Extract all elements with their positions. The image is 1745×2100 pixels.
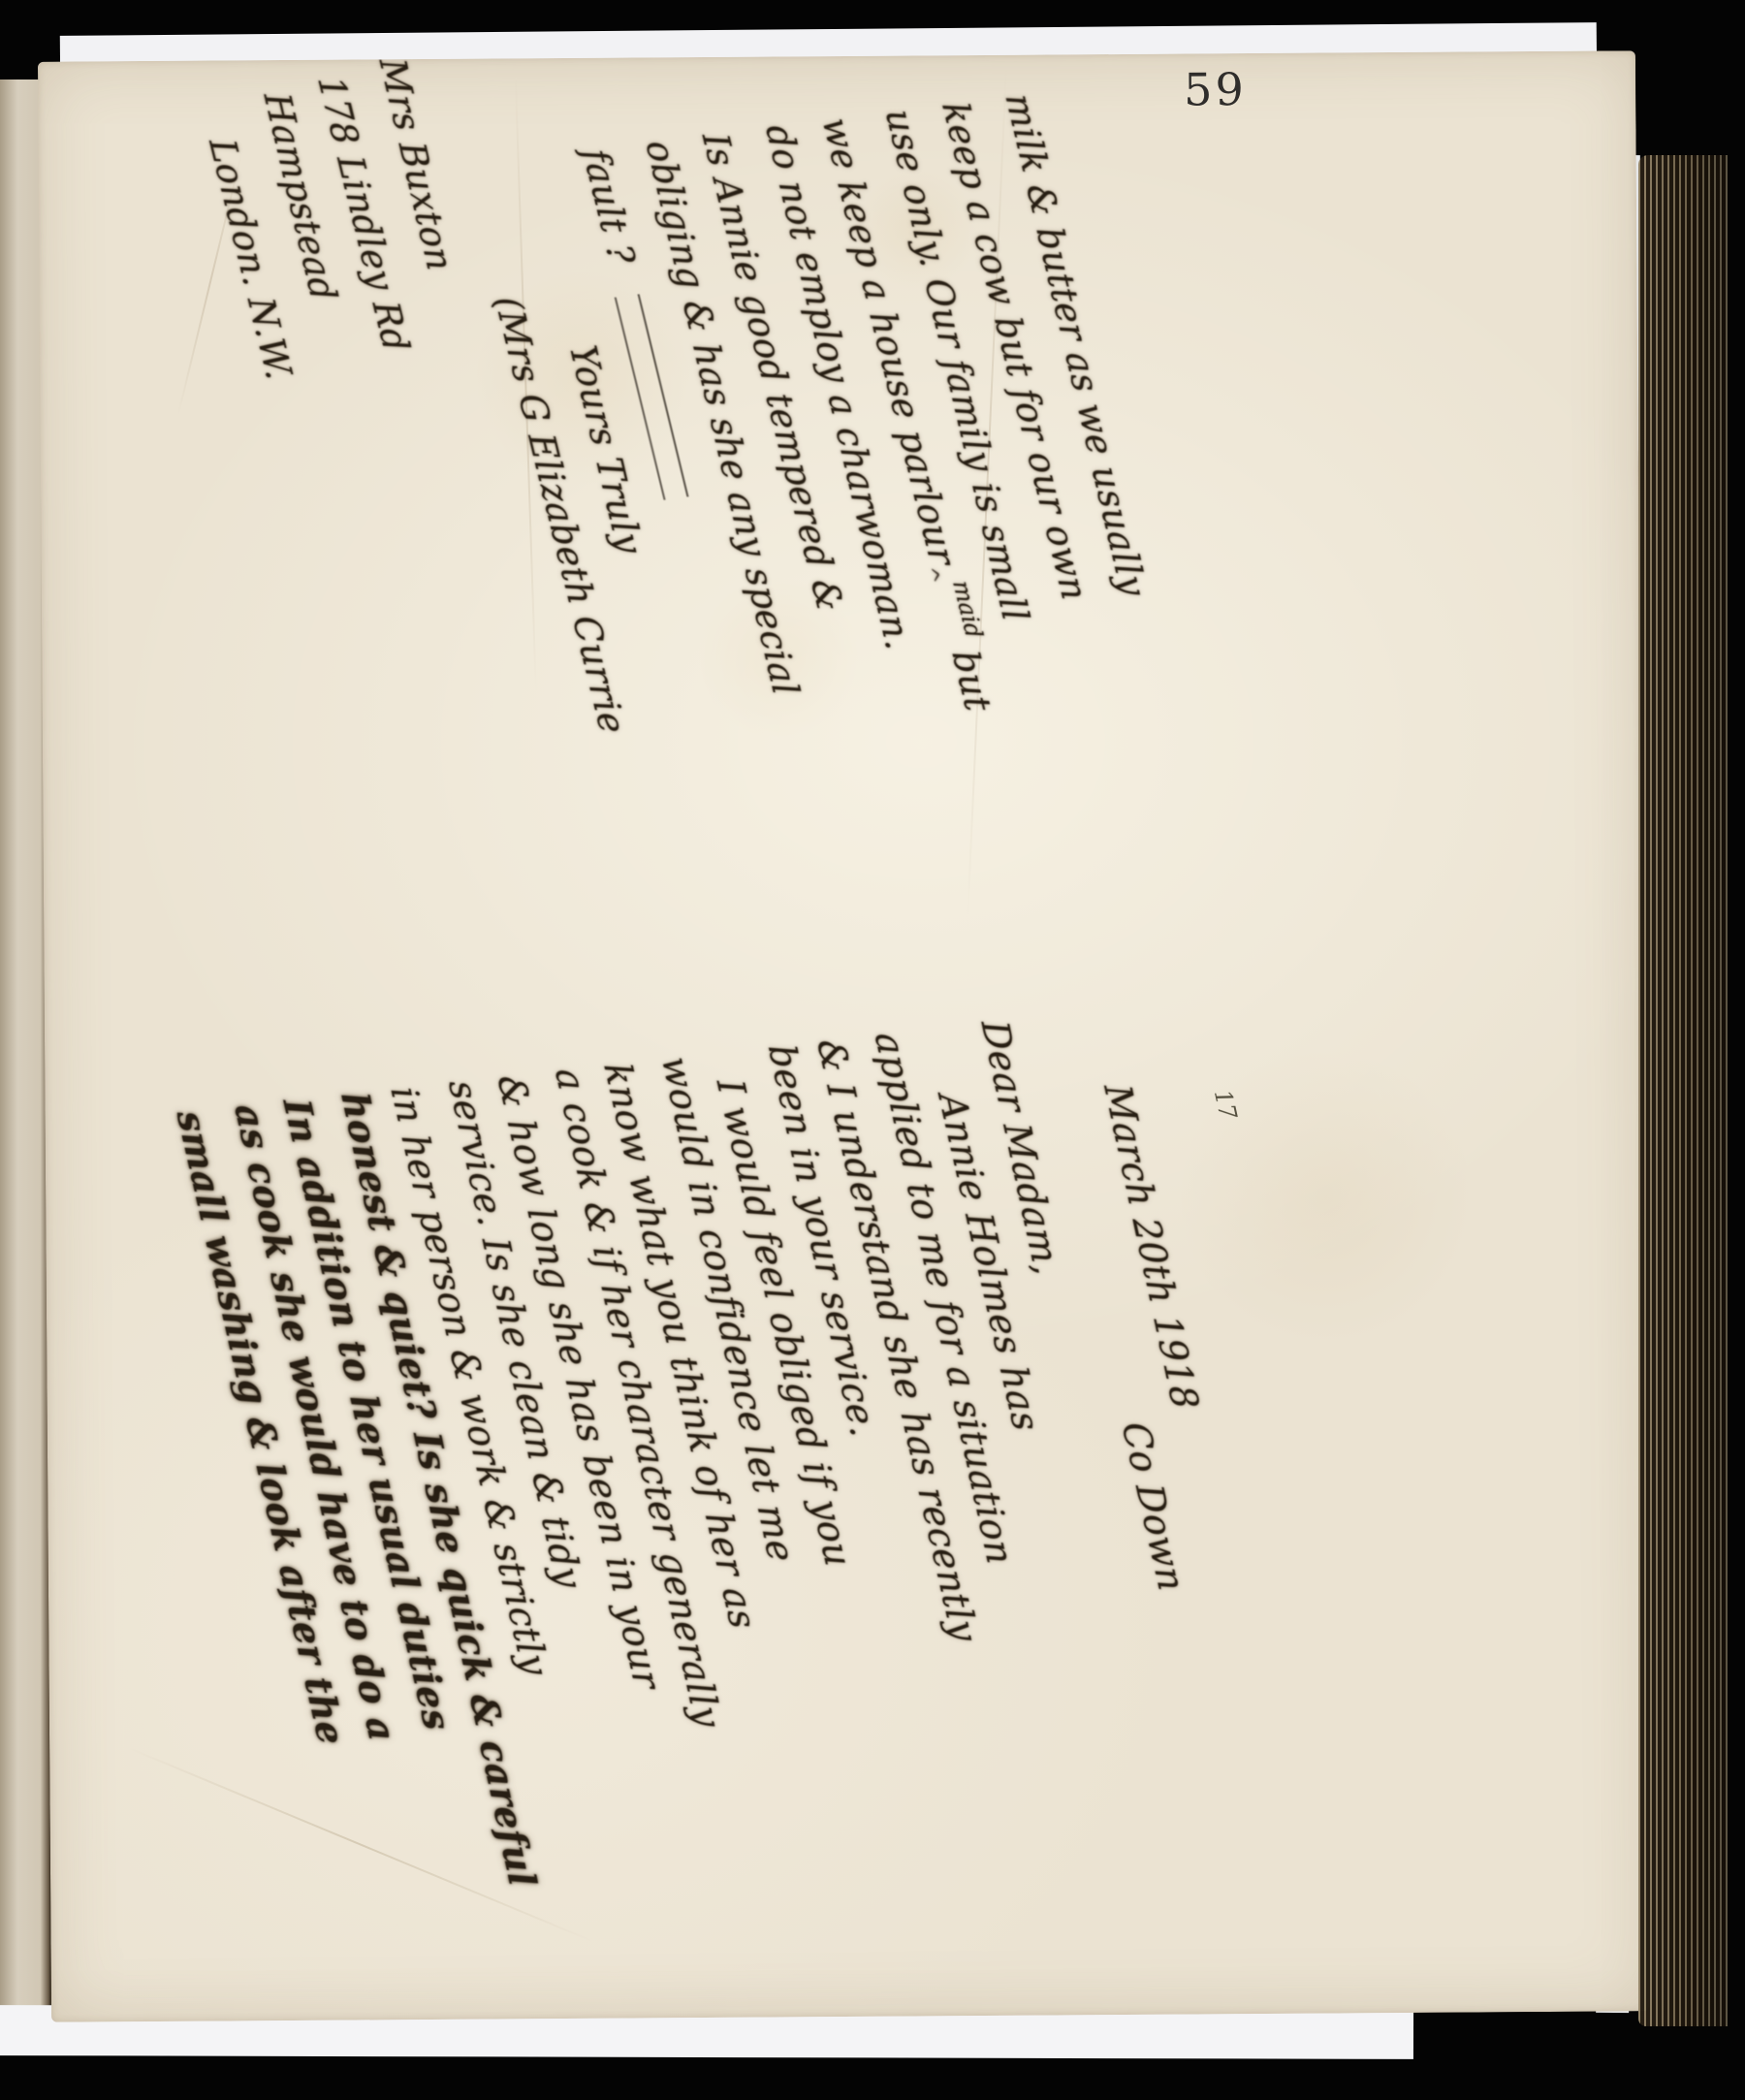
book-fore-edge — [1638, 155, 1728, 2026]
letter-index-pencil-mark: 17 — [1209, 1087, 1242, 1122]
scanned-book-photo: 59 17 milk & butter as we usually keep a… — [0, 0, 1745, 2100]
letterbook-page: 59 17 milk & butter as we usually keep a… — [38, 50, 1649, 2021]
insertion-after: but — [940, 636, 999, 714]
insertion-caret: ^ — [916, 565, 944, 587]
handwritten-block-continuation: milk & butter as we usually keep a cow b… — [206, 91, 1187, 793]
handwritten-block-letter-start: March 20th 1918 Co Down Dear Madam, Anni… — [166, 1006, 1299, 1907]
page-number: 59 — [1184, 63, 1247, 115]
